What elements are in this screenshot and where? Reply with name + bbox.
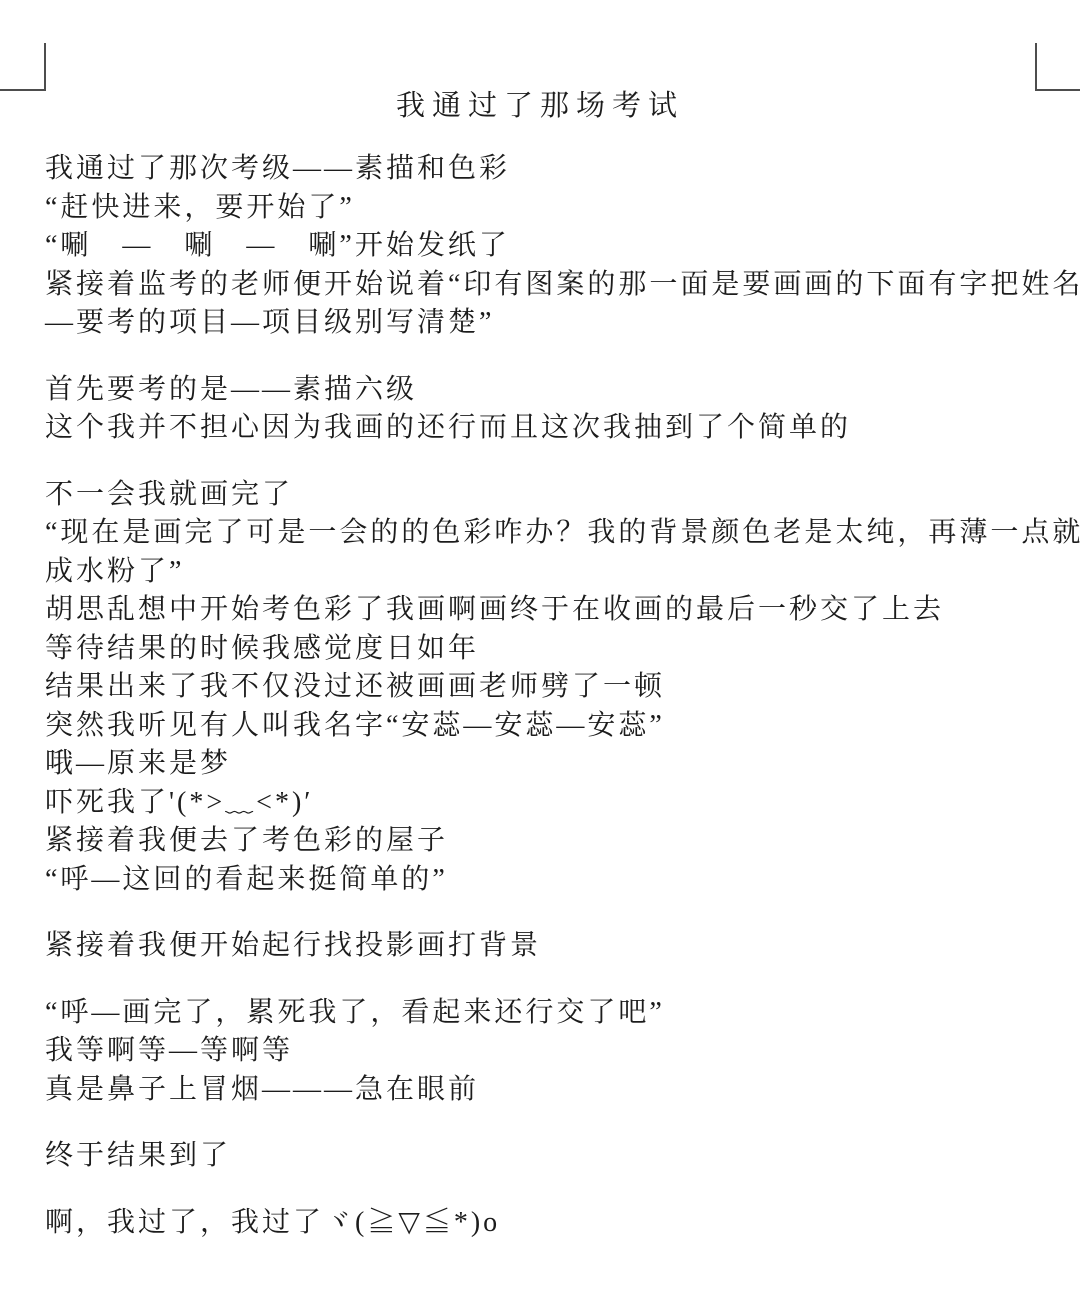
text-line: 哦—原来是梦 [45,745,1062,784]
text-line: —要考的项目—项目级别写清楚” [45,304,1062,343]
text-line: “现在是画完了可是一会的的色彩咋办？我的背景颜色老是太纯，再薄一点就 [45,514,1062,553]
paragraph: 紧接着我便开始起行找投影画打背景 [45,927,1062,966]
text-line: 啊，我过了，我过了ヾ(≧▽≦*)o [45,1204,1062,1243]
text-line: “唰 — 唰 — 唰”开始发纸了 [45,227,1062,266]
text-line: 不一会我就画完了 [45,476,1062,515]
text-line: “赶快进来，要开始了” [45,189,1062,228]
paragraph: 不一会我就画完了“现在是画完了可是一会的的色彩咋办？我的背景颜色老是太纯，再薄一… [45,476,1062,900]
text-line: 这个我并不担心因为我画的还行而且这次我抽到了个简单的 [45,409,1062,448]
text-line: 我通过了那次考级——素描和色彩 [45,150,1062,189]
paragraph: 啊，我过了，我过了ヾ(≧▽≦*)o [45,1204,1062,1243]
paragraph: 终于结果到了 [45,1137,1062,1176]
text-line: 紧接着我便开始起行找投影画打背景 [45,927,1062,966]
document-body: 我通过了那次考级——素描和色彩“赶快进来，要开始了”“唰 — 唰 — 唰”开始发… [0,150,1080,1242]
document-title: 我通过了那场考试 [0,0,1080,124]
text-line: 胡思乱想中开始考色彩了我画啊画终于在收画的最后一秒交了上去 [45,591,1062,630]
text-line: “呼—这回的看起来挺简单的” [45,861,1062,900]
text-line: 吓死我了'(*>﹏<*)′ [45,784,1062,823]
text-line: 成水粉了” [45,553,1062,592]
paragraph: “呼—画完了，累死我了，看起来还行交了吧”我等啊等—等啊等真是鼻子上冒烟———急… [45,994,1062,1110]
document-page: 我通过了那场考试 我通过了那次考级——素描和色彩“赶快进来，要开始了”“唰 — … [0,0,1080,1312]
text-line: 结果出来了我不仅没过还被画画老师劈了一顿 [45,668,1062,707]
text-line: 终于结果到了 [45,1137,1062,1176]
text-line: 紧接着监考的老师便开始说着“印有图案的那一面是要画画的下面有字把姓名 [45,266,1062,305]
text-line: 首先要考的是——素描六级 [45,371,1062,410]
text-line: 突然我听见有人叫我名字“安蕊—安蕊—安蕊” [45,707,1062,746]
paragraph: 首先要考的是——素描六级这个我并不担心因为我画的还行而且这次我抽到了个简单的 [45,371,1062,448]
text-line: 真是鼻子上冒烟———急在眼前 [45,1071,1062,1110]
text-line: 紧接着我便去了考色彩的屋子 [45,822,1062,861]
text-line: 等待结果的时候我感觉度日如年 [45,630,1062,669]
text-line: “呼—画完了，累死我了，看起来还行交了吧” [45,994,1062,1033]
paragraph: 我通过了那次考级——素描和色彩“赶快进来，要开始了”“唰 — 唰 — 唰”开始发… [45,150,1062,343]
text-line: 我等啊等—等啊等 [45,1032,1062,1071]
